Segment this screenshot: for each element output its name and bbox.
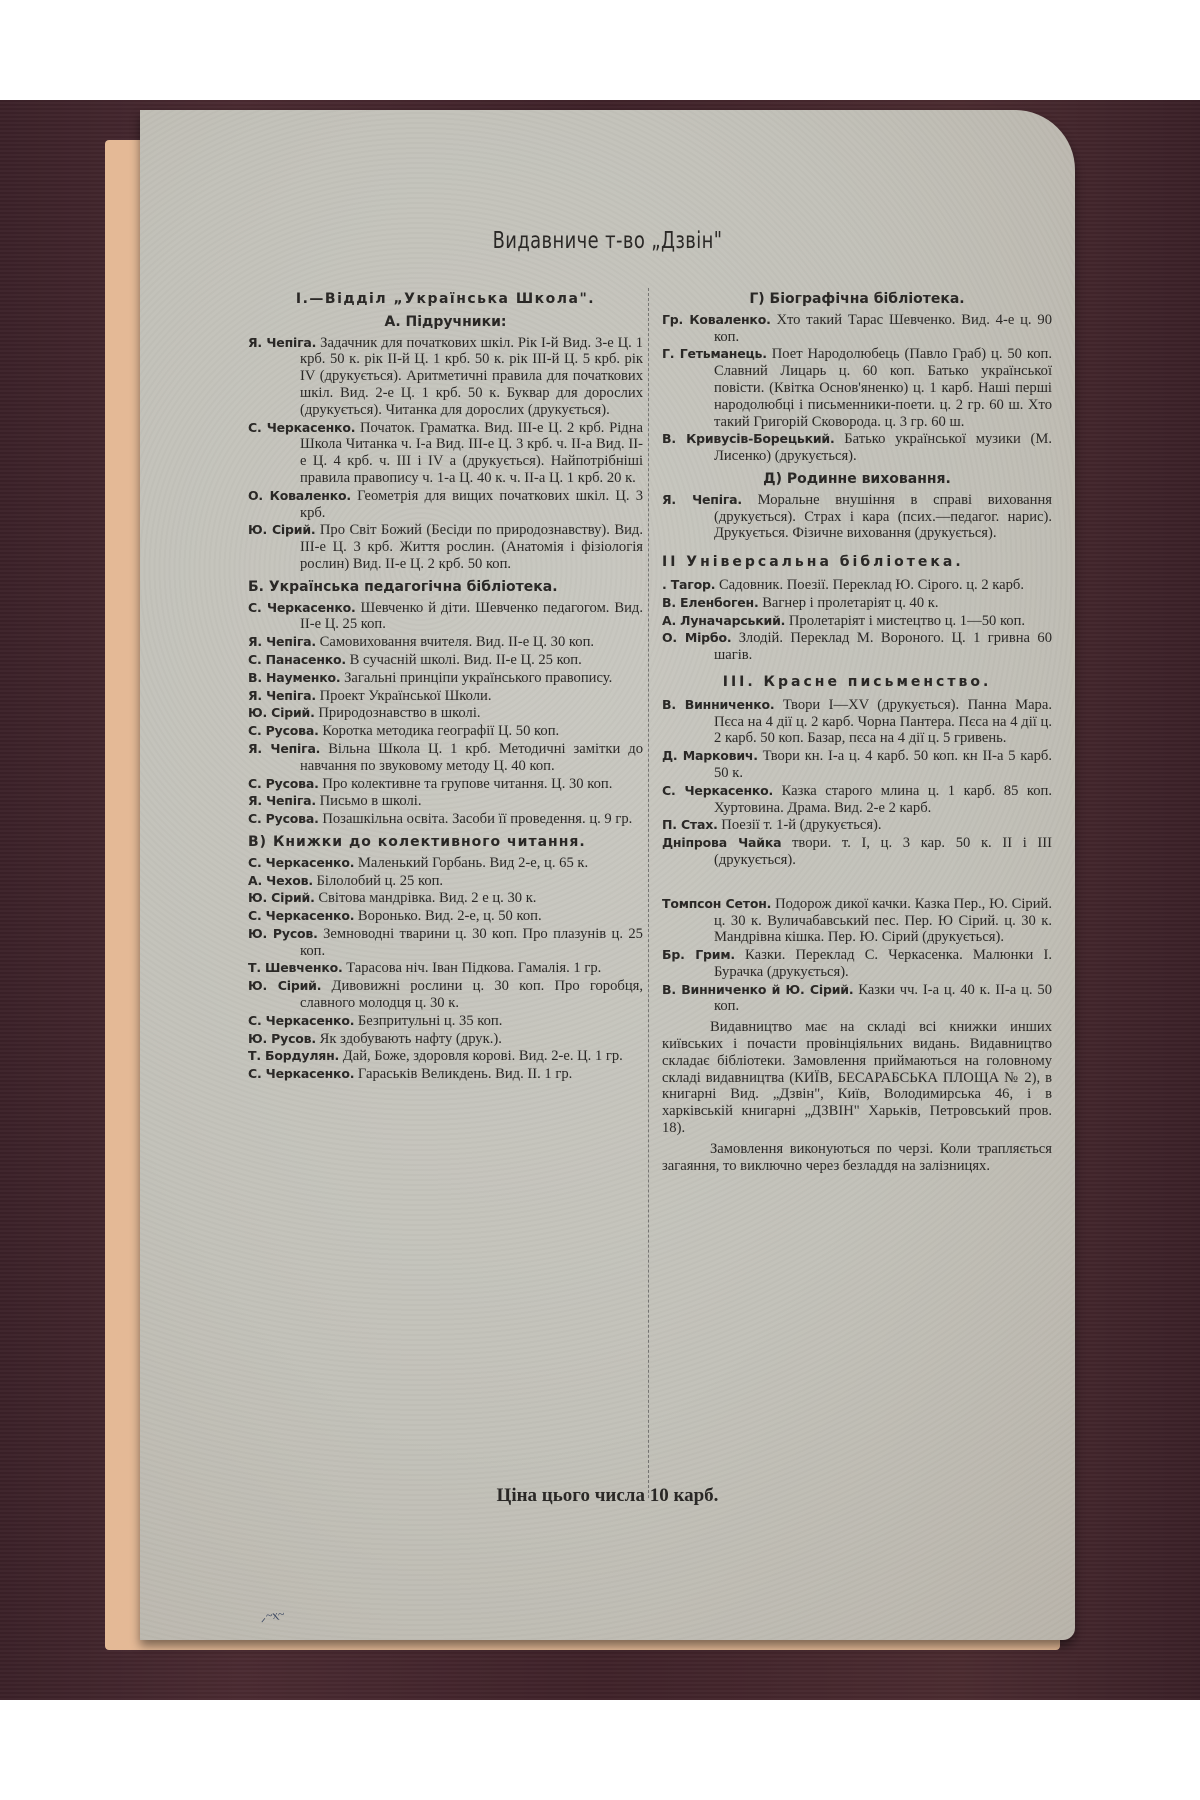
list-item: Ю. Сірий. Про Світ Божий (Бесіди по прир… [248,522,643,572]
entry-author: В. Кривусів-Борецький. [662,431,835,446]
document-page: Видавниче т-во „Дзвін" I.—Відділ „Україн… [140,110,1075,1640]
entry-author: С. Черкасенко. [248,908,354,923]
list-item: С. Черкасенко. Гараськів Великдень. Вид.… [248,1066,643,1083]
list-item: В. Еленбоген. Вагнер і пролетаріят ц. 40… [662,595,1052,612]
entry-text: Вагнер і пролетаріят ц. 40 к. [762,595,938,611]
entry-text: Самовиховання вчителя. Вид. ІІ-е Ц. 30 к… [320,634,594,650]
list-item: С. Черкасенко. Початок. Граматка. Вид. І… [248,420,643,487]
entry-text: Вільна Школа Ц. 1 крб. Методичні замітки… [300,741,643,774]
entry-author: Я. Чепіга. [248,634,316,649]
entry-text: Природознавство в школі. [318,705,480,721]
entry-text: Гараськів Великдень. Вид. ІІ. 1 гр. [358,1066,572,1082]
entry-text: Моральне внушіння в справі виховання (др… [714,492,1052,542]
subheading-pedagogical-library: Б. Українська педагогічна бібліотека. [248,579,643,596]
list-item: Дніпрова Чайка твори. т. І, ц. 3 кар. 50… [662,835,1052,869]
entry-text: В сучасній школі. Вид. ІІ-е Ц. 25 коп. [350,652,582,668]
list-item: Ю. Русов. Земноводні тварини ц. 30 коп. … [248,926,643,960]
entry-text: Тарасова ніч. Іван Підкова. Гамалія. 1 г… [346,960,601,976]
entry-text: Садовник. Поезії. Переклад Ю. Сірого. ц.… [719,577,1024,593]
entry-text: Проект Української Школи. [320,688,492,704]
list-item: Ю. Сірий. Дивовижні рослини ц. 30 коп. П… [248,978,643,1012]
entry-author: Ю. Русов. [248,926,318,941]
entry-author: Т. Бордулян. [248,1048,339,1063]
entry-author: С. Русова. [248,811,319,826]
list-item: А. Чехов. Білолобий ц. 25 коп. [248,873,643,890]
entry-text: Письмо в школі. [320,793,422,809]
list-item: Д. Маркович. Твори кн. І-а ц. 4 карб. 50… [662,748,1052,782]
list-item: Я. Чепіга. Вільна Школа Ц. 1 крб. Методи… [248,741,643,775]
spacer [662,870,1052,896]
list-item: Я. Чепіга. Самовиховання вчителя. Вид. І… [248,634,643,651]
list-item: В. Науменко. Загальні принціпи українськ… [248,670,643,687]
subheading-biographical-library: Г) Біографічна бібліотека. [662,291,1052,308]
entry-text: Геометрія для вищих початкових шкіл. Ц. … [300,488,643,521]
list-item: Я. Чепіга. Задачник для початкових шкіл.… [248,335,643,419]
issue-price: Ціна цього числа 10 карб. [140,1485,1075,1507]
entry-author: О. Коваленко. [248,488,351,503]
left-column: I.—Відділ „Українська Школа". А. Підручн… [248,285,643,1084]
list-item: П. Стах. Поезії т. 1-й (друкується). [662,817,1052,834]
entry-text: Воронько. Вид. 2-е, ц. 50 коп. [358,908,542,924]
list-item: С. Панасенко. В сучасній школі. Вид. ІІ-… [248,652,643,669]
list-item: С. Русова. Позашкільна освіта. Засоби її… [248,811,643,828]
entry-author: Ю. Русов. [248,1031,316,1046]
entry-text: Безпритульні ц. 35 коп. [358,1013,502,1029]
entry-text: Злодій. Переклад М. Вороного. Ц. 1 гривн… [714,630,1052,663]
list-item: С. Черкасенко. Безпритульні ц. 35 коп. [248,1013,643,1030]
list-item: О. Мірбо. Злодій. Переклад М. Вороного. … [662,630,1052,664]
entry-author: С. Черкасенко. [662,783,773,798]
entry-text: Загальні принціпи українського правопису… [344,670,612,686]
order-fulfillment-note: Замовлення виконуються по черзі. Коли тр… [662,1141,1052,1175]
entry-text: Дивовижні рослини ц. 30 коп. Про горобця… [300,978,643,1011]
entry-author: В. Еленбоген. [662,595,759,610]
entry-author: С. Черкасенко. [248,420,355,435]
entry-author: Я. Чепіга. [662,492,742,507]
entry-text: Коротка методика географії Ц. 50 коп. [322,723,559,739]
list-item: Ю. Русов. Як здобувають нафту (друк.). [248,1031,643,1048]
entry-text: Маленький Горбань. Вид 2-е, ц. 65 к. [358,855,588,871]
entry-text: Казки. Переклад С. Черкасенка. Малюнки І… [714,947,1052,980]
entry-author: С. Русова. [248,776,319,791]
list-item: С. Черкасенко. Казка старого млина ц. 1 … [662,783,1052,817]
entry-author: Г. Гетьманець. [662,346,767,361]
list-item: Бр. Грим. Казки. Переклад С. Черкасенка.… [662,947,1052,981]
list-item: . Тагор. Садовник. Поезії. Переклад Ю. С… [662,577,1052,594]
section-heading-universal-library: II Універсальна бібліотека. [662,554,1052,571]
entry-author: Я. Чепіга. [248,688,316,703]
entry-text: Пролетаріят і мистецтво ц. 1—50 коп. [789,613,1025,629]
list-item: Т. Шевченко. Тарасова ніч. Іван Підкова.… [248,960,643,977]
subheading-family-upbringing: Д) Родинне виховання. [662,471,1052,488]
entry-author: Ю. Сірий. [248,890,315,905]
entry-text: Як здобувають нафту (друк.). [320,1031,502,1047]
list-item: О. Коваленко. Геометрія для вищих початк… [248,488,643,522]
entry-text: Білолобий ц. 25 коп. [317,873,444,889]
entry-author: Я. Чепіга. [248,741,320,756]
entry-author: С. Панасенко. [248,652,346,667]
section-heading-ukrainian-school: I.—Відділ „Українська Школа". [248,291,643,308]
list-item: Ю. Сірий. Світова мандрівка. Вид. 2 е ц.… [248,890,643,907]
entry-author: С. Черкасенко. [248,1066,354,1081]
entry-author: Гр. Коваленко. [662,312,771,327]
entry-author: Бр. Грим. [662,947,735,962]
list-item: В. Винниченко. Твори І—XV (друкується). … [662,697,1052,747]
entry-author: Ю. Сірий. [248,978,321,993]
entry-author: В. Винниченко й Ю. Сірий. [662,982,853,997]
list-item: Я. Чепіга. Проект Української Школи. [248,688,643,705]
entry-author: П. Стах. [662,817,718,832]
entry-author: С. Черкасенко. [248,855,354,870]
section-heading-belles-lettres: III. Красне письменство. [662,674,1052,691]
entry-author: В. Науменко. [248,670,340,685]
entry-author: О. Мірбо. [662,630,731,645]
list-item: С. Черкасенко. Шевченко й діти. Шевченко… [248,600,643,634]
list-item: В. Кривусів-Борецький. Батько українсько… [662,431,1052,465]
entry-author: Томпсон Сетон. [662,896,771,911]
subheading-collective-reading: В) Книжки до колективного читання. [248,834,643,851]
entry-author: Ю. Сірий. [248,522,315,537]
subheading-textbooks: А. Підручники: [248,314,643,331]
entry-author: Я. Чепіга. [248,335,316,350]
entry-text: Земноводні тварини ц. 30 коп. Про плазун… [300,926,643,959]
publisher-title: Видавниче т-во „Дзвін" [243,228,972,254]
right-column: Г) Біографічна бібліотека. Гр. Коваленко… [662,285,1052,1174]
entry-text: Твори кн. І-а ц. 4 карб. 50 коп. кн ІІ-а… [714,748,1052,781]
entry-text: Задачник для початкових шкіл. Рік І-й Ви… [300,335,643,418]
list-item: Томпсон Сетон. Подорож дикої качки. Казк… [662,896,1052,946]
list-item: С. Черкасенко. Воронько. Вид. 2-е, ц. 50… [248,908,643,925]
entry-author: С. Черкасенко. [248,600,356,615]
list-item: С. Черкасенко. Маленький Горбань. Вид 2-… [248,855,643,872]
entry-author: . Тагор. [662,577,715,592]
entry-text: Поезії т. 1-й (друкується). [721,817,881,833]
list-item: Гр. Коваленко. Хто такий Тарас Шевченко.… [662,312,1052,346]
column-divider [648,288,650,1498]
entry-author: С. Черкасенко. [248,1013,354,1028]
entry-author: В. Винниченко. [662,697,774,712]
entry-author: Д. Маркович. [662,748,758,763]
entry-author: Т. Шевченко. [248,960,343,975]
entry-text: Про Світ Божий (Бесіди по природознавств… [300,522,643,572]
entry-author: А. Луначарський. [662,613,785,628]
list-item: Г. Гетьманець. Поет Народолюбець (Павло … [662,346,1052,430]
entry-author: С. Русова. [248,723,319,738]
entry-text: Про колективне та групове читання. Ц. 30… [322,776,612,792]
entry-author: Дніпрова Чайка [662,835,781,850]
list-item: С. Русова. Про колективне та групове чит… [248,776,643,793]
list-item: А. Луначарський. Пролетаріят і мистецтво… [662,613,1052,630]
list-item: Ю. Сірий. Природознавство в школі. [248,705,643,722]
entry-author: Я. Чепіга. [248,793,316,808]
entry-text: Позашкільна освіта. Засоби її проведення… [322,811,632,827]
list-item: С. Русова. Коротка методика географії Ц.… [248,723,643,740]
entry-author: Ю. Сірий. [248,705,315,720]
list-item: Я. Чепіга. Моральне внушіння в справі ви… [662,492,1052,542]
entry-text: Світова мандрівка. Вид. 2 е ц. 30 к. [318,890,536,906]
list-item: Я. Чепіга. Письмо в школі. [248,793,643,810]
list-item: Т. Бордулян. Дай, Боже, здоровля корові.… [248,1048,643,1065]
pencil-mark: ⸝~ⲭ~ [259,1607,285,1624]
entry-author: А. Чехов. [248,873,313,888]
entry-text: Дай, Боже, здоровля корові. Вид. 2-е. Ц.… [343,1048,623,1064]
publisher-stock-note: Видавництво має на складі всі книжки инш… [662,1019,1052,1137]
list-item: В. Винниченко й Ю. Сірий. Казки чч. І-а … [662,982,1052,1016]
